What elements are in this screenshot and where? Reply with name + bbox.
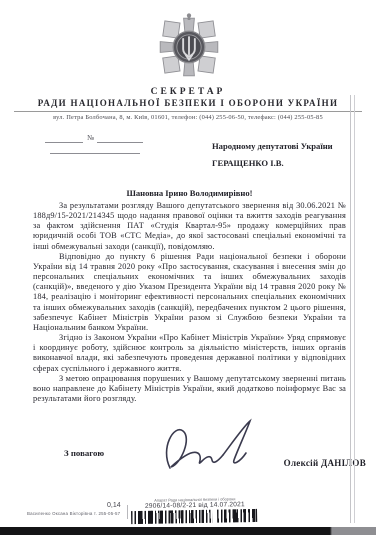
signer-name: Олексій ДАНІЛОВ (230, 458, 366, 468)
small-number: 0,14 (107, 502, 121, 509)
reference-line: № (45, 133, 205, 145)
salutation: Шановна Ірино Володимирівно! (33, 188, 346, 198)
executor-contact: Василенко Оксана Вікторівна т. 255-05-57 (27, 511, 120, 516)
closing-phrase: З повагою (64, 448, 104, 458)
paragraph-2: Відповідно до пункту 6 рішення Ради наці… (33, 252, 346, 333)
barcode-group-2 (217, 509, 257, 523)
barcode-group-1 (131, 510, 212, 524)
paragraph-4: З метою опрацювання порушених у Вашому д… (33, 374, 346, 404)
paragraph-1: За результатами розгляду Вашого депутатс… (33, 201, 346, 252)
letterhead-divider (14, 111, 362, 112)
scan-bottom-bar (0, 527, 376, 535)
registration-stamp: Апарат Ради національної безпеки і оборо… (131, 496, 259, 524)
recipient-title: Народному депутатові України (212, 138, 372, 155)
letter-page: СЕКРЕТАР РАДИ НАЦІОНАЛЬНОЇ БЕЗПЕКИ І ОБО… (0, 0, 376, 535)
number-blank-line (97, 142, 143, 143)
letterhead-subtitle: РАДИ НАЦІОНАЛЬНОЇ БЕЗПЕКИ І ОБОРОНИ УКРА… (0, 98, 376, 108)
recipient-block: Народному депутатові України ГЕРАЩЕНКО І… (212, 138, 372, 172)
second-blank-line (50, 153, 140, 154)
scan-edge-line (350, 95, 351, 523)
scan-edge-line (354, 95, 355, 523)
letterhead-address: вул. Петра Болбочана, 8, м. Київ, 01601,… (0, 114, 376, 121)
nsdc-emblem-icon (153, 10, 225, 84)
letterhead-title: СЕКРЕТАР (0, 87, 376, 97)
date-blank-line (45, 142, 83, 143)
number-sign: № (87, 133, 94, 142)
paragraph-3: Згідно із Законом України «Про Кабінет М… (33, 333, 346, 374)
letter-body: За результатами розгляду Вашого депутатс… (33, 201, 346, 404)
recipient-name: ГЕРАЩЕНКО І.В. (212, 155, 372, 172)
barcode (131, 509, 259, 524)
handwritten-signature (150, 414, 262, 482)
